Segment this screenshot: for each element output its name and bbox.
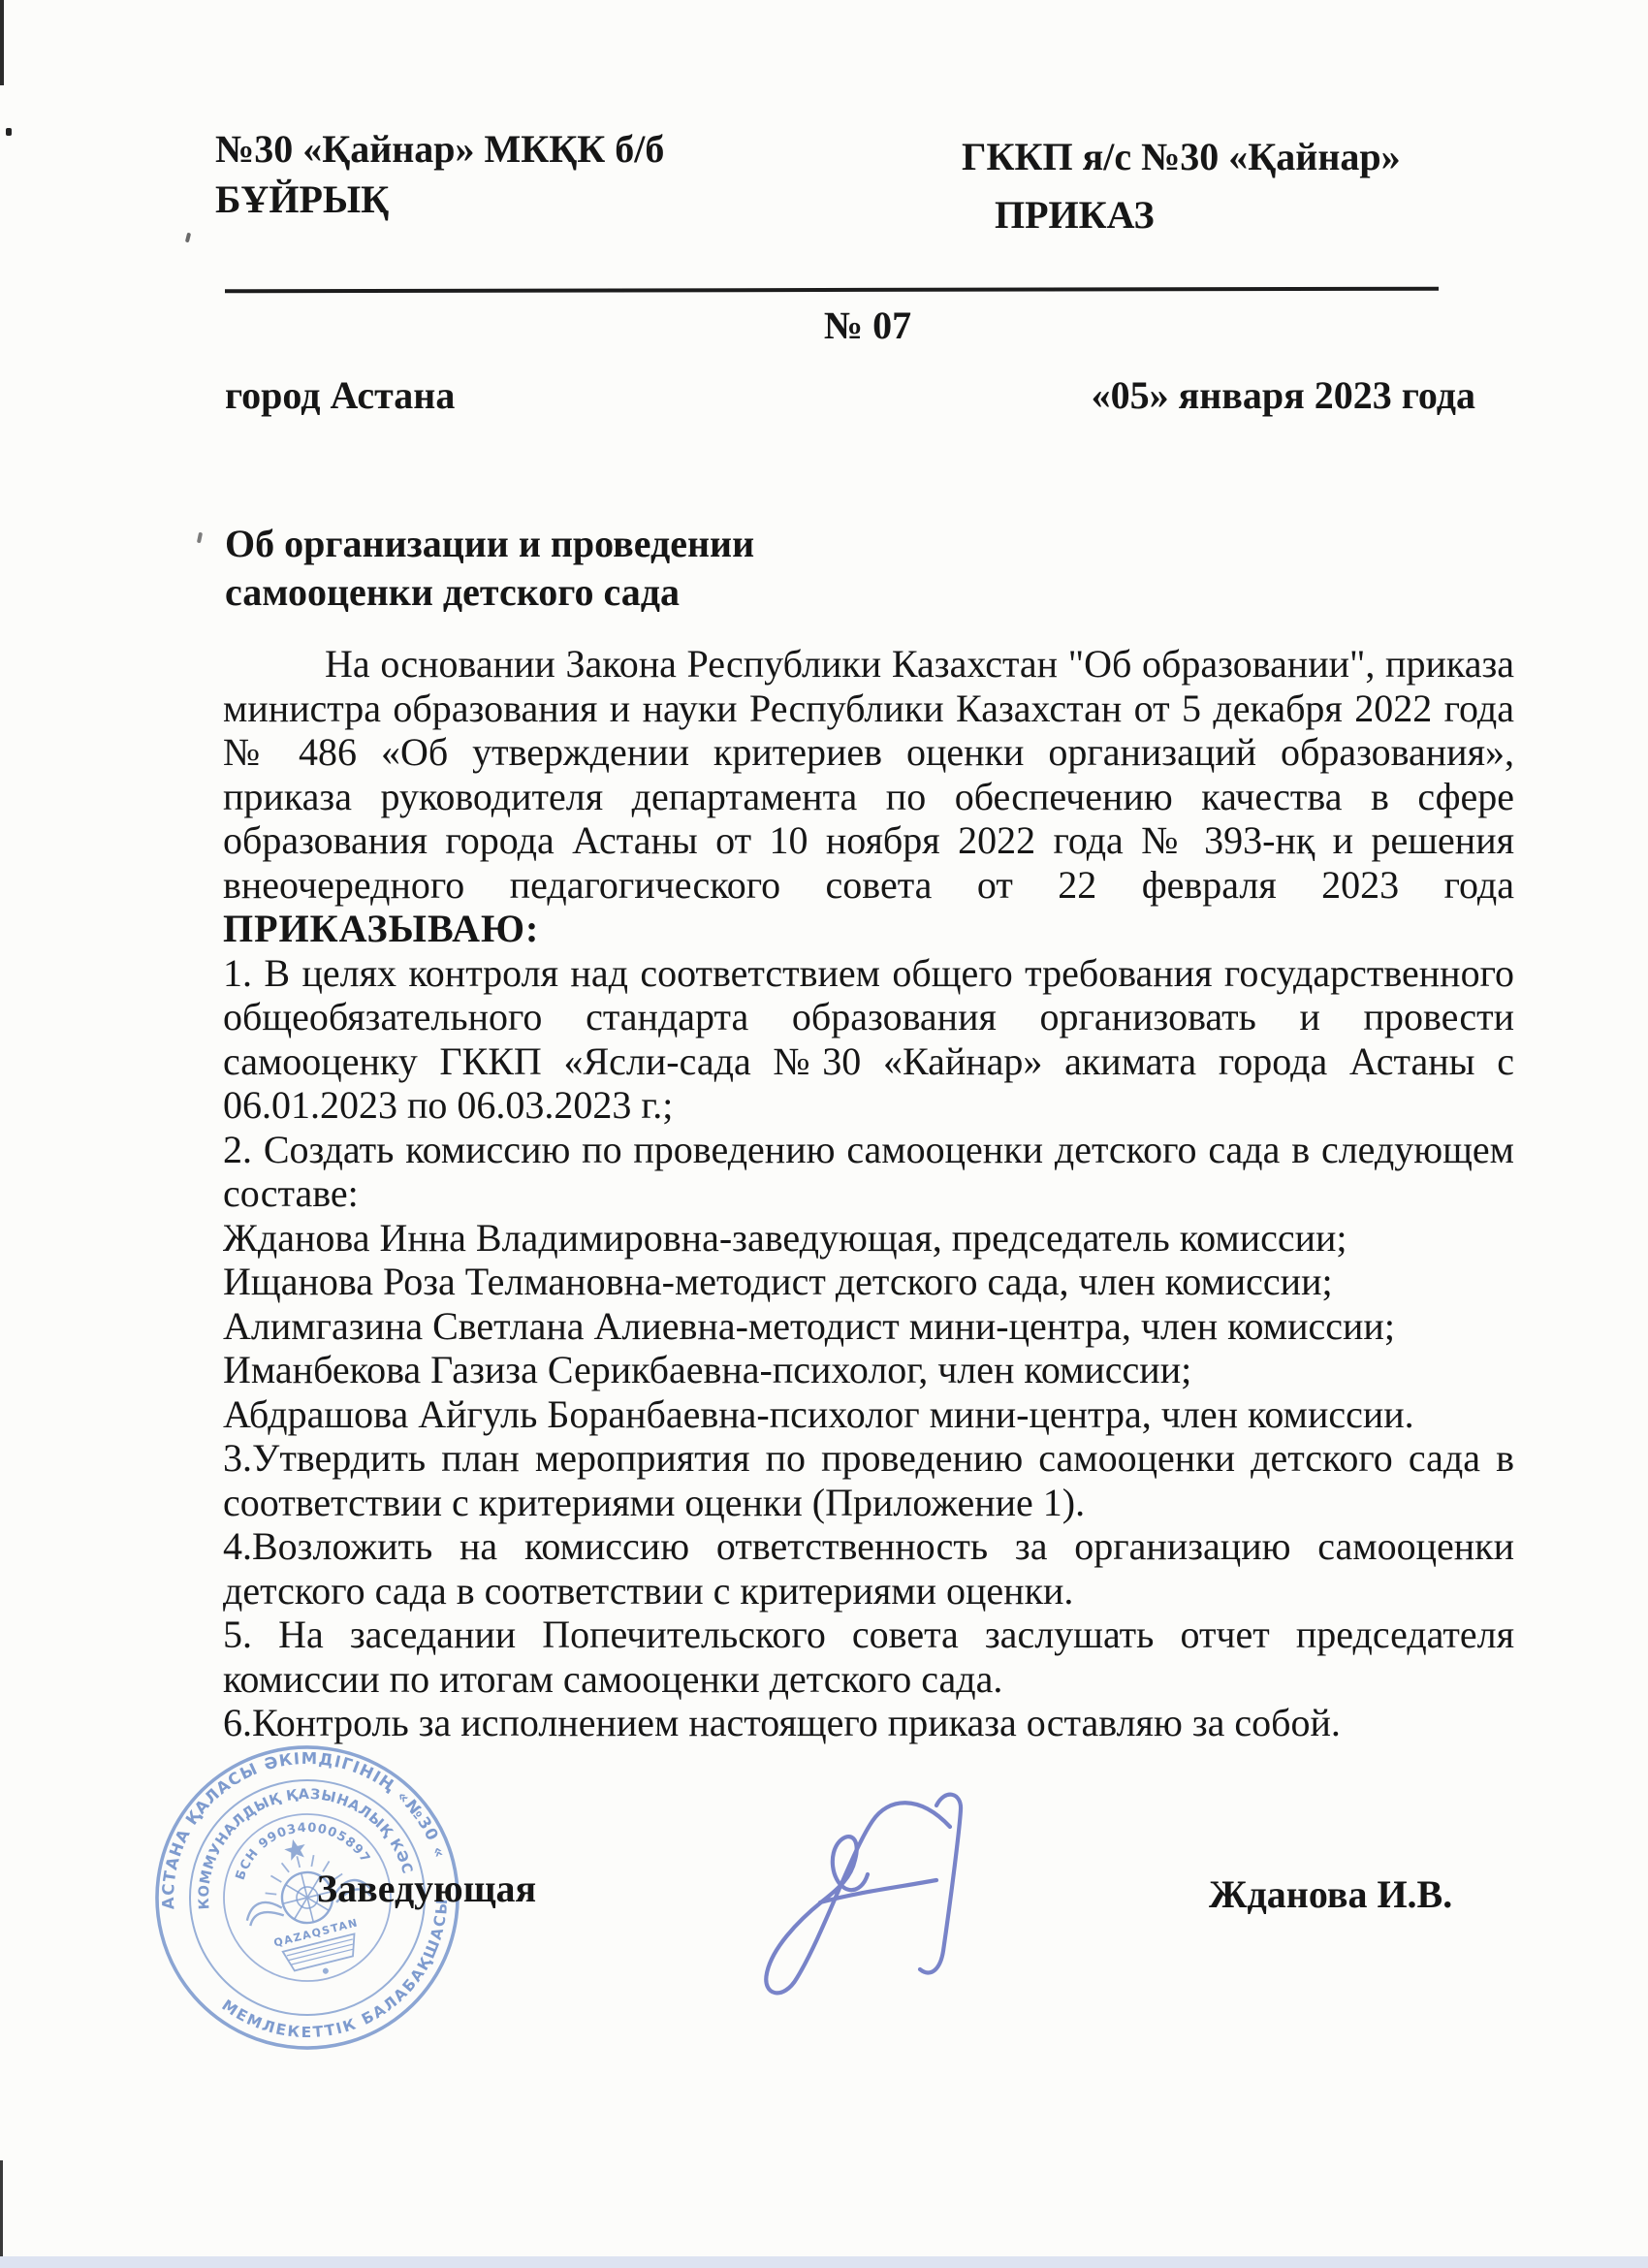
scanned-order-document: №30 «Қайнар» МКҚК б/б БҰЙРЫҚ ГККП я/с №3… <box>0 0 1648 2268</box>
commission-member: Ищанова Роза Телмановна-методист детског… <box>223 1260 1514 1304</box>
scan-speck <box>6 128 12 136</box>
resolution-item-2: 2. Создать комиссию по проведению самооц… <box>223 1128 1514 1216</box>
org-name-russian: ГККП я/с №30 «Қайнар» <box>962 128 1401 186</box>
commission-member: Абдрашова Айгуль Боранбаевна-психолог ми… <box>223 1392 1514 1437</box>
place-label: город Астана <box>225 372 455 418</box>
doc-type-kazakh: БҰЙРЫҚ <box>215 175 664 225</box>
subject-line-1: Об организации и проведении <box>225 520 754 568</box>
order-body: На основании Закона Республики Казахстан… <box>223 642 1514 1745</box>
order-subject: Об организации и проведении самооценки д… <box>225 520 754 617</box>
order-number: № 07 <box>223 303 1512 348</box>
place-date-row: город Астана «05» января 2023 года <box>225 372 1475 418</box>
letterhead-russian: ГККП я/с №30 «Қайнар» ПРИКАЗ <box>962 128 1401 244</box>
svg-text:МЕМЛЕКЕТТІК БАЛАБАҚШАСЫ: МЕМЛЕКЕТТІК БАЛАБАҚШАСЫ <box>205 1893 478 2064</box>
subject-line-2: самооценки детского сада <box>225 568 754 617</box>
letterhead-kazakh: №30 «Қайнар» МКҚК б/б БҰЙРЫҚ <box>215 124 664 225</box>
signature-graphic <box>706 1786 1018 2014</box>
resolution-item-1: 1. В целях контроля над соответствием об… <box>223 951 1514 1128</box>
resolve-word: ПРИКАЗЫВАЮ: <box>223 907 1514 951</box>
commission-member: Иманбекова Газиза Серикбаевна-психолог, … <box>223 1348 1514 1392</box>
doc-type-russian: ПРИКАЗ <box>962 186 1401 244</box>
scan-speck <box>197 532 203 544</box>
scan-bottom-strip <box>0 2256 1648 2268</box>
date-label: «05» января 2023 года <box>1092 372 1475 418</box>
org-name-kazakh: №30 «Қайнар» МКҚК б/б <box>215 124 664 175</box>
stamp-star-icon <box>282 1837 307 1862</box>
scan-speck <box>185 233 191 243</box>
scan-edge-artifact-top <box>0 0 4 85</box>
resolution-item-5: 5. На заседании Попечительского совета з… <box>223 1613 1514 1701</box>
scan-edge-artifact-bottom <box>0 2160 3 2261</box>
stamp-outer-ring-bottom-text: МЕМЛЕКЕТТІК БАЛАБАҚШАСЫ <box>205 1893 478 2064</box>
commission-member: Жданова Инна Владимировна-заведующая, пр… <box>223 1216 1514 1261</box>
signatory-position-label: Заведующая <box>317 1866 536 1911</box>
handwritten-signature <box>706 1786 1018 2014</box>
resolution-item-4: 4.Возложить на комиссию ответственность … <box>223 1524 1514 1613</box>
commission-member: Алимгазина Светлана Алиевна-методист мин… <box>223 1304 1514 1349</box>
preamble-paragraph: На основании Закона Республики Казахстан… <box>223 642 1514 907</box>
horizontal-rule <box>225 287 1439 294</box>
signatory-name: Жданова И.В. <box>1209 1871 1452 1917</box>
resolution-item-3: 3.Утвердить план мероприятия по проведен… <box>223 1436 1514 1524</box>
